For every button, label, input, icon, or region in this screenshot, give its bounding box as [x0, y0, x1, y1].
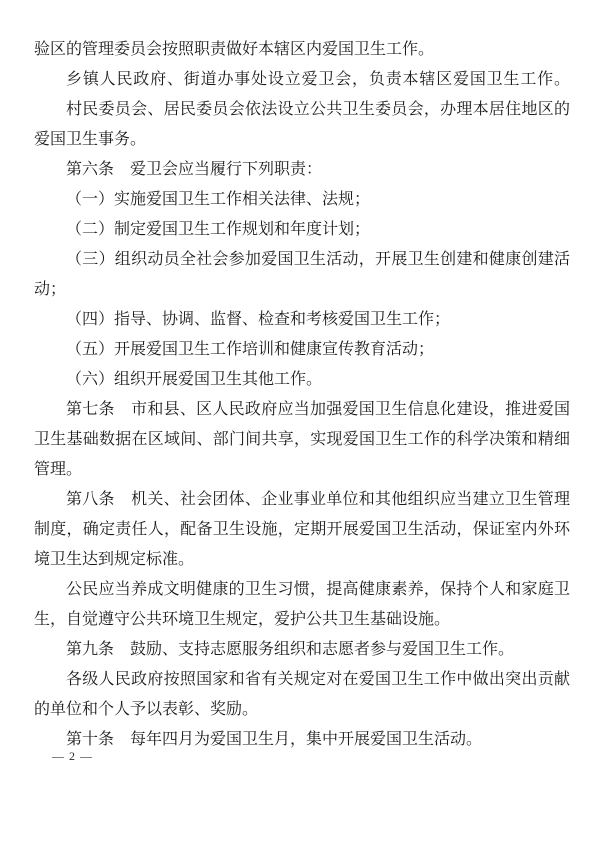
text-line: 的单位和个人予以表彰、奖励。 — [34, 695, 570, 725]
text-line: 制度，确定责任人，配备卫生设施，定期开展爱国卫生活动，保证室内外环 — [34, 515, 570, 545]
text-line: 第九条 鼓励、支持志愿服务组织和志愿者参与爱国卫生工作。 — [34, 635, 570, 665]
page-number: — 2 — — [52, 749, 93, 763]
text-line: 管理。 — [34, 455, 570, 485]
text-line: 公民应当养成文明健康的卫生习惯，提高健康素养，保持个人和家庭卫 — [34, 575, 570, 605]
text-line: 第八条 机关、社会团体、企业事业单位和其他组织应当建立卫生管理 — [34, 485, 570, 515]
text-line: 境卫生达到规定标准。 — [34, 545, 570, 575]
text-line: 第七条 市和县、区人民政府应当加强爱国卫生信息化建设，推进爱国 — [34, 395, 570, 425]
text-line: 爱国卫生事务。 — [34, 125, 570, 155]
text-line: 卫生基础数据在区域间、部门间共享，实现爱国卫生工作的科学决策和精细 — [34, 425, 570, 455]
text-line: （五）开展爱国卫生工作培训和健康宣传教育活动； — [34, 335, 570, 365]
text-line: 动； — [34, 275, 570, 305]
document-page: 验区的管理委员会按照职责做好本辖区内爱国卫生工作。 乡镇人民政府、街道办事处设立… — [0, 0, 595, 841]
text-line: （六）组织开展爱国卫生其他工作。 — [34, 365, 570, 395]
text-line: 生，自觉遵守公共环境卫生规定，爱护公共卫生基础设施。 — [34, 605, 570, 635]
text-line: 验区的管理委员会按照职责做好本辖区内爱国卫生工作。 — [34, 35, 570, 65]
text-line: 第六条 爱卫会应当履行下列职责： — [34, 155, 570, 185]
text-line: （三）组织动员全社会参加爱国卫生活动，开展卫生创建和健康创建活 — [34, 245, 570, 275]
text-line: 乡镇人民政府、街道办事处设立爱卫会，负责本辖区爱国卫生工作。 — [34, 65, 570, 95]
text-line: （四）指导、协调、监督、检查和考核爱国卫生工作； — [34, 305, 570, 335]
text-line: 村民委员会、居民委员会依法设立公共卫生委员会，办理本居住地区的 — [34, 95, 570, 125]
text-line: （一）实施爱国卫生工作相关法律、法规； — [34, 185, 570, 215]
text-line: 第十条 每年四月为爱国卫生月，集中开展爱国卫生活动。 — [34, 725, 570, 755]
text-line: （二）制定爱国卫生工作规划和年度计划； — [34, 215, 570, 245]
document-body: 验区的管理委员会按照职责做好本辖区内爱国卫生工作。 乡镇人民政府、街道办事处设立… — [34, 35, 570, 755]
text-line: 各级人民政府按照国家和省有关规定对在爱国卫生工作中做出突出贡献 — [34, 665, 570, 695]
